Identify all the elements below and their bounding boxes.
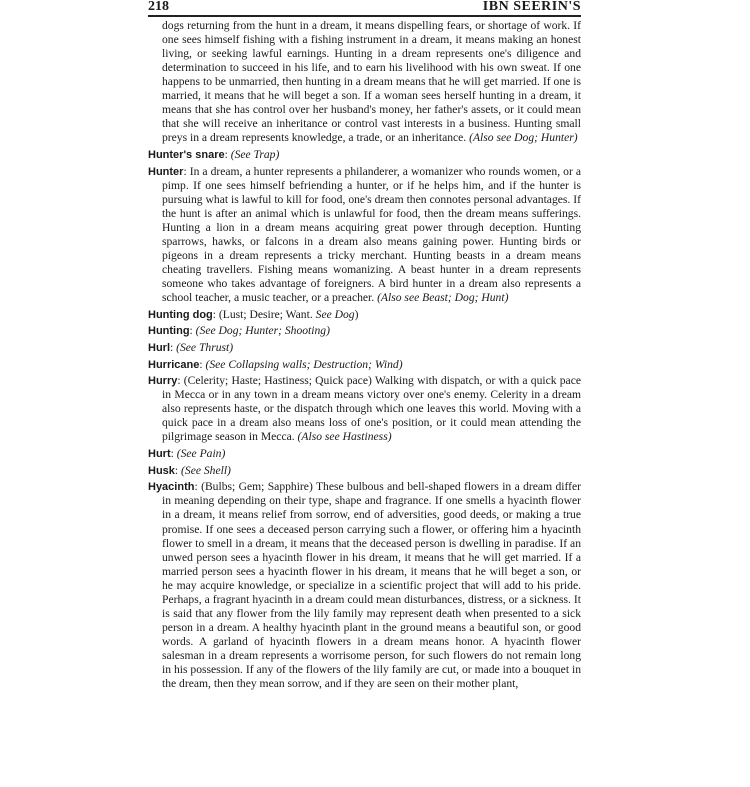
entry-headword: Hurt bbox=[148, 448, 171, 460]
entry-crossref: (Also see Dog; Hunter) bbox=[469, 131, 578, 144]
entry-hunting: Hunting: (See Dog; Hunter; Shooting) bbox=[148, 324, 581, 338]
entry-crossref: (See Collapsing walls; Destruction; Wind… bbox=[205, 358, 402, 371]
entry-crossref: (See Thrust) bbox=[176, 341, 233, 354]
entry-husk: Husk: (See Shell) bbox=[148, 464, 581, 478]
entry-crossref: (See Pain) bbox=[177, 447, 226, 460]
continued-entry: dogs returning from the hunt in a dream,… bbox=[148, 19, 581, 145]
page-number: 218 bbox=[148, 0, 169, 14]
page-header: 218 IBN SEERIN'S bbox=[148, 0, 581, 15]
entry-crossref: (See Shell) bbox=[181, 464, 231, 477]
entry-headword: Hyacinth bbox=[148, 481, 194, 493]
book-page: 218 IBN SEERIN'S dogs returning from the… bbox=[148, 0, 581, 15]
entry-headword: Hunter bbox=[148, 166, 183, 178]
entry-text: In a dream, a hunter represents a philan… bbox=[162, 165, 581, 304]
entry-hunter: Hunter: In a dream, a hunter represents … bbox=[148, 165, 581, 305]
entry-hurt: Hurt: (See Pain) bbox=[148, 447, 581, 461]
entry-crossref: (See Trap) bbox=[231, 148, 280, 161]
entry-hunters-snare: Hunter's snare: (See Trap) bbox=[148, 148, 581, 162]
entry-hurricane: Hurricane: (See Collapsing walls; Destru… bbox=[148, 358, 581, 372]
entry-crossref: See Dog bbox=[316, 308, 355, 321]
entry-crossref: (See Dog; Hunter; Shooting) bbox=[196, 324, 330, 337]
entry-text: dogs returning from the hunt in a dream,… bbox=[162, 19, 581, 144]
entry-text: (Bulbs; Gem; Sapphire) These bulbous and… bbox=[162, 480, 581, 690]
entry-hunting-dog: Hunting dog: (Lust; Desire; Want. See Do… bbox=[148, 308, 581, 322]
entry-hyacinth: Hyacinth: (Bulbs; Gem; Sapphire) These b… bbox=[148, 480, 581, 691]
entry-headword: Hurl bbox=[148, 342, 170, 354]
entry-headword: Hunter's snare bbox=[148, 149, 225, 161]
page-body: dogs returning from the hunt in a dream,… bbox=[148, 19, 581, 694]
entry-headword: Hunting dog bbox=[148, 309, 213, 321]
running-head: IBN SEERIN'S bbox=[483, 0, 581, 14]
header-rule bbox=[148, 15, 581, 17]
entry-headword: Husk bbox=[148, 465, 175, 477]
entry-headword: Hurry bbox=[148, 375, 177, 387]
entry-text: (Lust; Desire; Want. bbox=[219, 308, 316, 321]
entry-hurl: Hurl: (See Thrust) bbox=[148, 341, 581, 355]
entry-hurry: Hurry: (Celerity; Haste; Hastiness; Quic… bbox=[148, 374, 581, 444]
entry-headword: Hunting bbox=[148, 325, 190, 337]
entry-tail: ) bbox=[355, 308, 359, 321]
entry-crossref: (Also see Hastiness) bbox=[298, 430, 392, 443]
entry-crossref: (Also see Beast; Dog; Hunt) bbox=[377, 291, 508, 304]
entry-headword: Hurricane bbox=[148, 359, 199, 371]
